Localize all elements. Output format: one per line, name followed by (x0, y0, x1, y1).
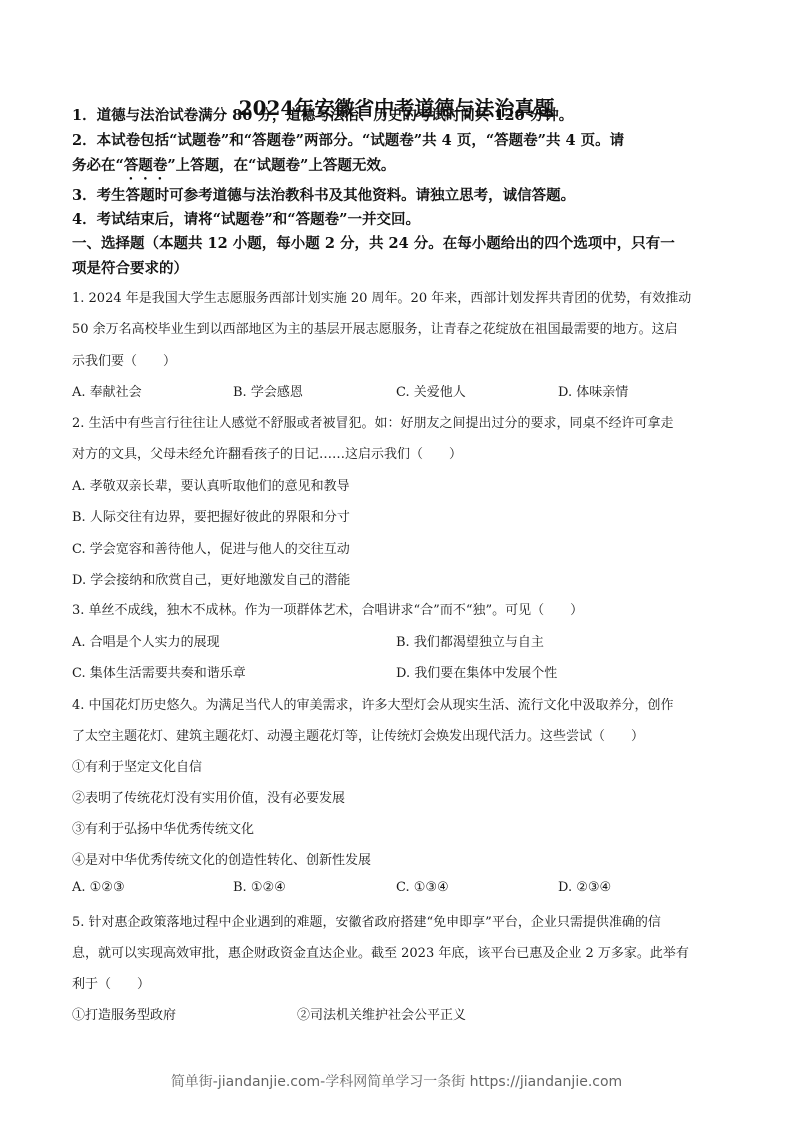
q1-option-d[interactable]: D. 体味亲情 (558, 381, 628, 400)
q4-stem-line1: 4. 中国花灯历史悠久。为满足当代人的审美需求，许多大型灯会从现实生活、流行文化… (72, 694, 674, 713)
q3-option-d[interactable]: D. 我们要在集体中发展个性 (396, 662, 557, 681)
q1-option-c[interactable]: C. 关爱他人 (396, 381, 466, 400)
q4-option-a[interactable]: A. ①②③ (72, 880, 125, 895)
q3-option-c[interactable]: C. 集体生活需要共奏和谐乐章 (72, 662, 246, 681)
q1-option-a[interactable]: A. 奉献社会 (72, 381, 142, 400)
q2-option-d[interactable]: D. 学会接纳和欣赏自己，更好地激发自己的潜能 (72, 569, 350, 588)
q4-statement-2: ②表明了传统花灯没有实用价值，没有必要发展 (72, 787, 345, 806)
q5-stem-line2: 息，就可以实现高效审批，惠企财政资金直达企业。截至 2023 年底，该平台已惠及… (72, 942, 689, 961)
q2-option-a[interactable]: A. 孝敬双亲长辈，要认真听取他们的意见和教导 (72, 475, 350, 494)
q2-option-c[interactable]: C. 学会宽容和善待他人，促进与他人的交往互动 (72, 538, 350, 557)
q2-stem-line2: 对方的文具，父母未经允许翻看孩子的日记……这启示我们（ ） (72, 443, 462, 462)
q5-statement-2: ②司法机关维护社会公平正义 (297, 1004, 466, 1023)
section-heading-line2: 项是符合要求的） (72, 256, 732, 281)
section-heading-line1: 一、选择题（本题共 12 小题，每小题 2 分，共 24 分。在每小题给出的四个… (72, 231, 732, 256)
instruction-1: 1．道德与法治试卷满分 80 分，道德与法治、历史的考试时间共 120 分钟。 (72, 103, 732, 128)
q1-stem-line3: 示我们要（ ） (72, 350, 176, 369)
q5-stem-line1: 5. 针对惠企政策落地过程中企业遇到的难题，安徽省政府搭建“免申即享”平台，企业… (72, 911, 661, 930)
q3-option-a[interactable]: A. 合唱是个人实力的展现 (72, 631, 220, 650)
q4-option-d[interactable]: D. ②③④ (558, 880, 611, 895)
q1-option-b[interactable]: B. 学会感恩 (233, 381, 303, 400)
q4-statement-1: ①有利于坚定文化自信 (72, 756, 202, 775)
q4-option-c[interactable]: C. ①③④ (396, 880, 449, 895)
instruction-4: 4．考试结束后，请将“试题卷”和“答题卷”一并交回。 (72, 207, 732, 232)
q2-stem-line1: 2. 生活中有些言行往往让人感觉不舒服或者被冒犯。如：好朋友之间提出过分的要求，… (72, 412, 674, 431)
emphasized-answer-sheet: 答题卷 (124, 157, 168, 174)
q4-statement-3: ③有利于弘扬中华优秀传统文化 (72, 818, 254, 837)
q3-stem-line1: 3. 单丝不成线，独木不成林。作为一项群体艺术，合唱讲求“合”而不“独”。可见（… (72, 599, 583, 618)
instruction-2-cont: 务必在“答题卷”上答题，在“试题卷”上答题无效。 (72, 153, 732, 183)
q4-stem-line2: 了太空主题花灯、建筑主题花灯、动漫主题花灯等，让传统灯会焕发出现代活力。这些尝试… (72, 725, 644, 744)
q4-statement-4: ④是对中华优秀传统文化的创造性转化、创新性发展 (72, 849, 371, 868)
q3-option-b[interactable]: B. 我们都渴望独立与自主 (396, 631, 544, 650)
instruction-2: 2．本试卷包括“试题卷”和“答题卷”两部分。“试题卷”共 4 页，“答题卷”共 … (72, 128, 732, 153)
q1-stem-line1: 1. 2024 年是我国大学生志愿服务西部计划实施 20 周年。20 年来，西部… (72, 287, 691, 306)
q5-stem-line3: 利于（ ） (72, 973, 150, 992)
q1-stem-line2: 50 余万名高校毕业生到以西部地区为主的基层开展志愿服务，让青春之花绽放在祖国最… (72, 318, 678, 337)
q2-option-b[interactable]: B. 人际交往有边界，要把握好彼此的界限和分寸 (72, 506, 350, 525)
exam-page: 2024年安徽省中考道德与法治真题 1．道德与法治试卷满分 80 分，道德与法治… (0, 0, 793, 1122)
q5-statement-1: ①打造服务型政府 (72, 1004, 176, 1023)
footer-watermark: 简单街-jiandanjie.com-学科网简单学习一条街 https://ji… (0, 1071, 793, 1091)
instruction-3: 3．考生答题时可参考道德与法治教科书及其他资料。请独立思考，诚信答题。 (72, 183, 732, 208)
q4-option-b[interactable]: B. ①②④ (233, 880, 286, 895)
